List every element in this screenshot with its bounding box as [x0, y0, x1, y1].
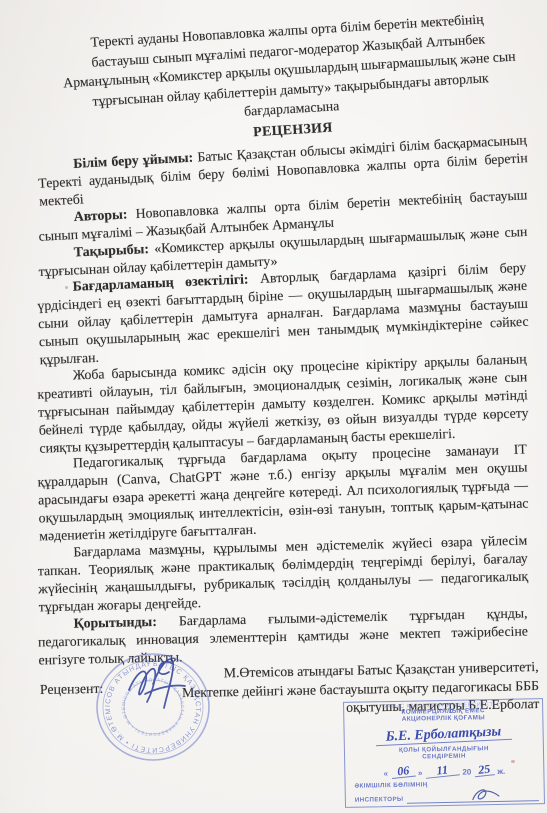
paragraph-text: Жоба барысында комикс әдісін оқу процесі…: [37, 351, 529, 455]
rect-stamp: БАТЫС ҚАЗАҚСТАН УНИВЕРСИТЕТІ Н. КОММЕРЦИ…: [343, 698, 545, 808]
quote-open: «: [383, 769, 388, 778]
paragraph: Жоба барысында комикс әдісін оқу процесі…: [37, 350, 530, 457]
reviewer-signature-icon: [123, 650, 201, 712]
stamp-date-row: « 06 » 11 20 25 ж.: [350, 764, 538, 780]
scanned-document-page: Теректі ауданы Новопавловка жалпы орта б…: [0, 0, 547, 813]
quote-close: »: [418, 769, 423, 778]
handwritten-name: Б.Е. Ерболатқызы: [376, 723, 512, 745]
paragraph-text: Педагогикалық тұрғыда бағдарлама оқыту п…: [37, 442, 528, 544]
paragraph-lead: Тақырыбы:: [73, 241, 149, 259]
paragraph: Педагогикалық тұрғыда бағдарлама оқыту п…: [37, 441, 530, 545]
document-title: Теректі ауданы Новопавловка жалпы орта б…: [43, 7, 537, 154]
year-prefix: 20: [462, 768, 471, 777]
year-suffix: ж.: [497, 767, 505, 776]
inspector-signature-line: [406, 787, 539, 804]
document-body: Білім беру ұйымы: Батыс Қазақстан облысы…: [38, 144, 528, 663]
rect-stamp-department: ӘКІМШІЛІК БӨЛІМНІҢ ИНСПЕКТОРЫ: [351, 780, 539, 805]
inspector-signature-icon: [471, 787, 501, 804]
paragraph-text: Бағдарлама мазмұны, құрылымы мен әдістем…: [38, 533, 529, 615]
paper-speck: [511, 760, 515, 763]
rect-stamp-caption: ҚОЛЫ ҚОЙЫЛҒАНДЫҒЫН СЕНДІРЕМІН: [350, 744, 538, 762]
handwritten-year: 25: [474, 764, 495, 778]
handwritten-month: 11: [425, 764, 460, 780]
paragraph: Бағдарлама мазмұны, құрылымы мен әдістем…: [37, 532, 529, 616]
paper-speck: [65, 286, 68, 289]
handwritten-day: 06: [390, 765, 415, 779]
paragraph-lead: Авторы:: [73, 206, 127, 224]
paragraph-lead: Қорытынды:: [73, 613, 157, 630]
